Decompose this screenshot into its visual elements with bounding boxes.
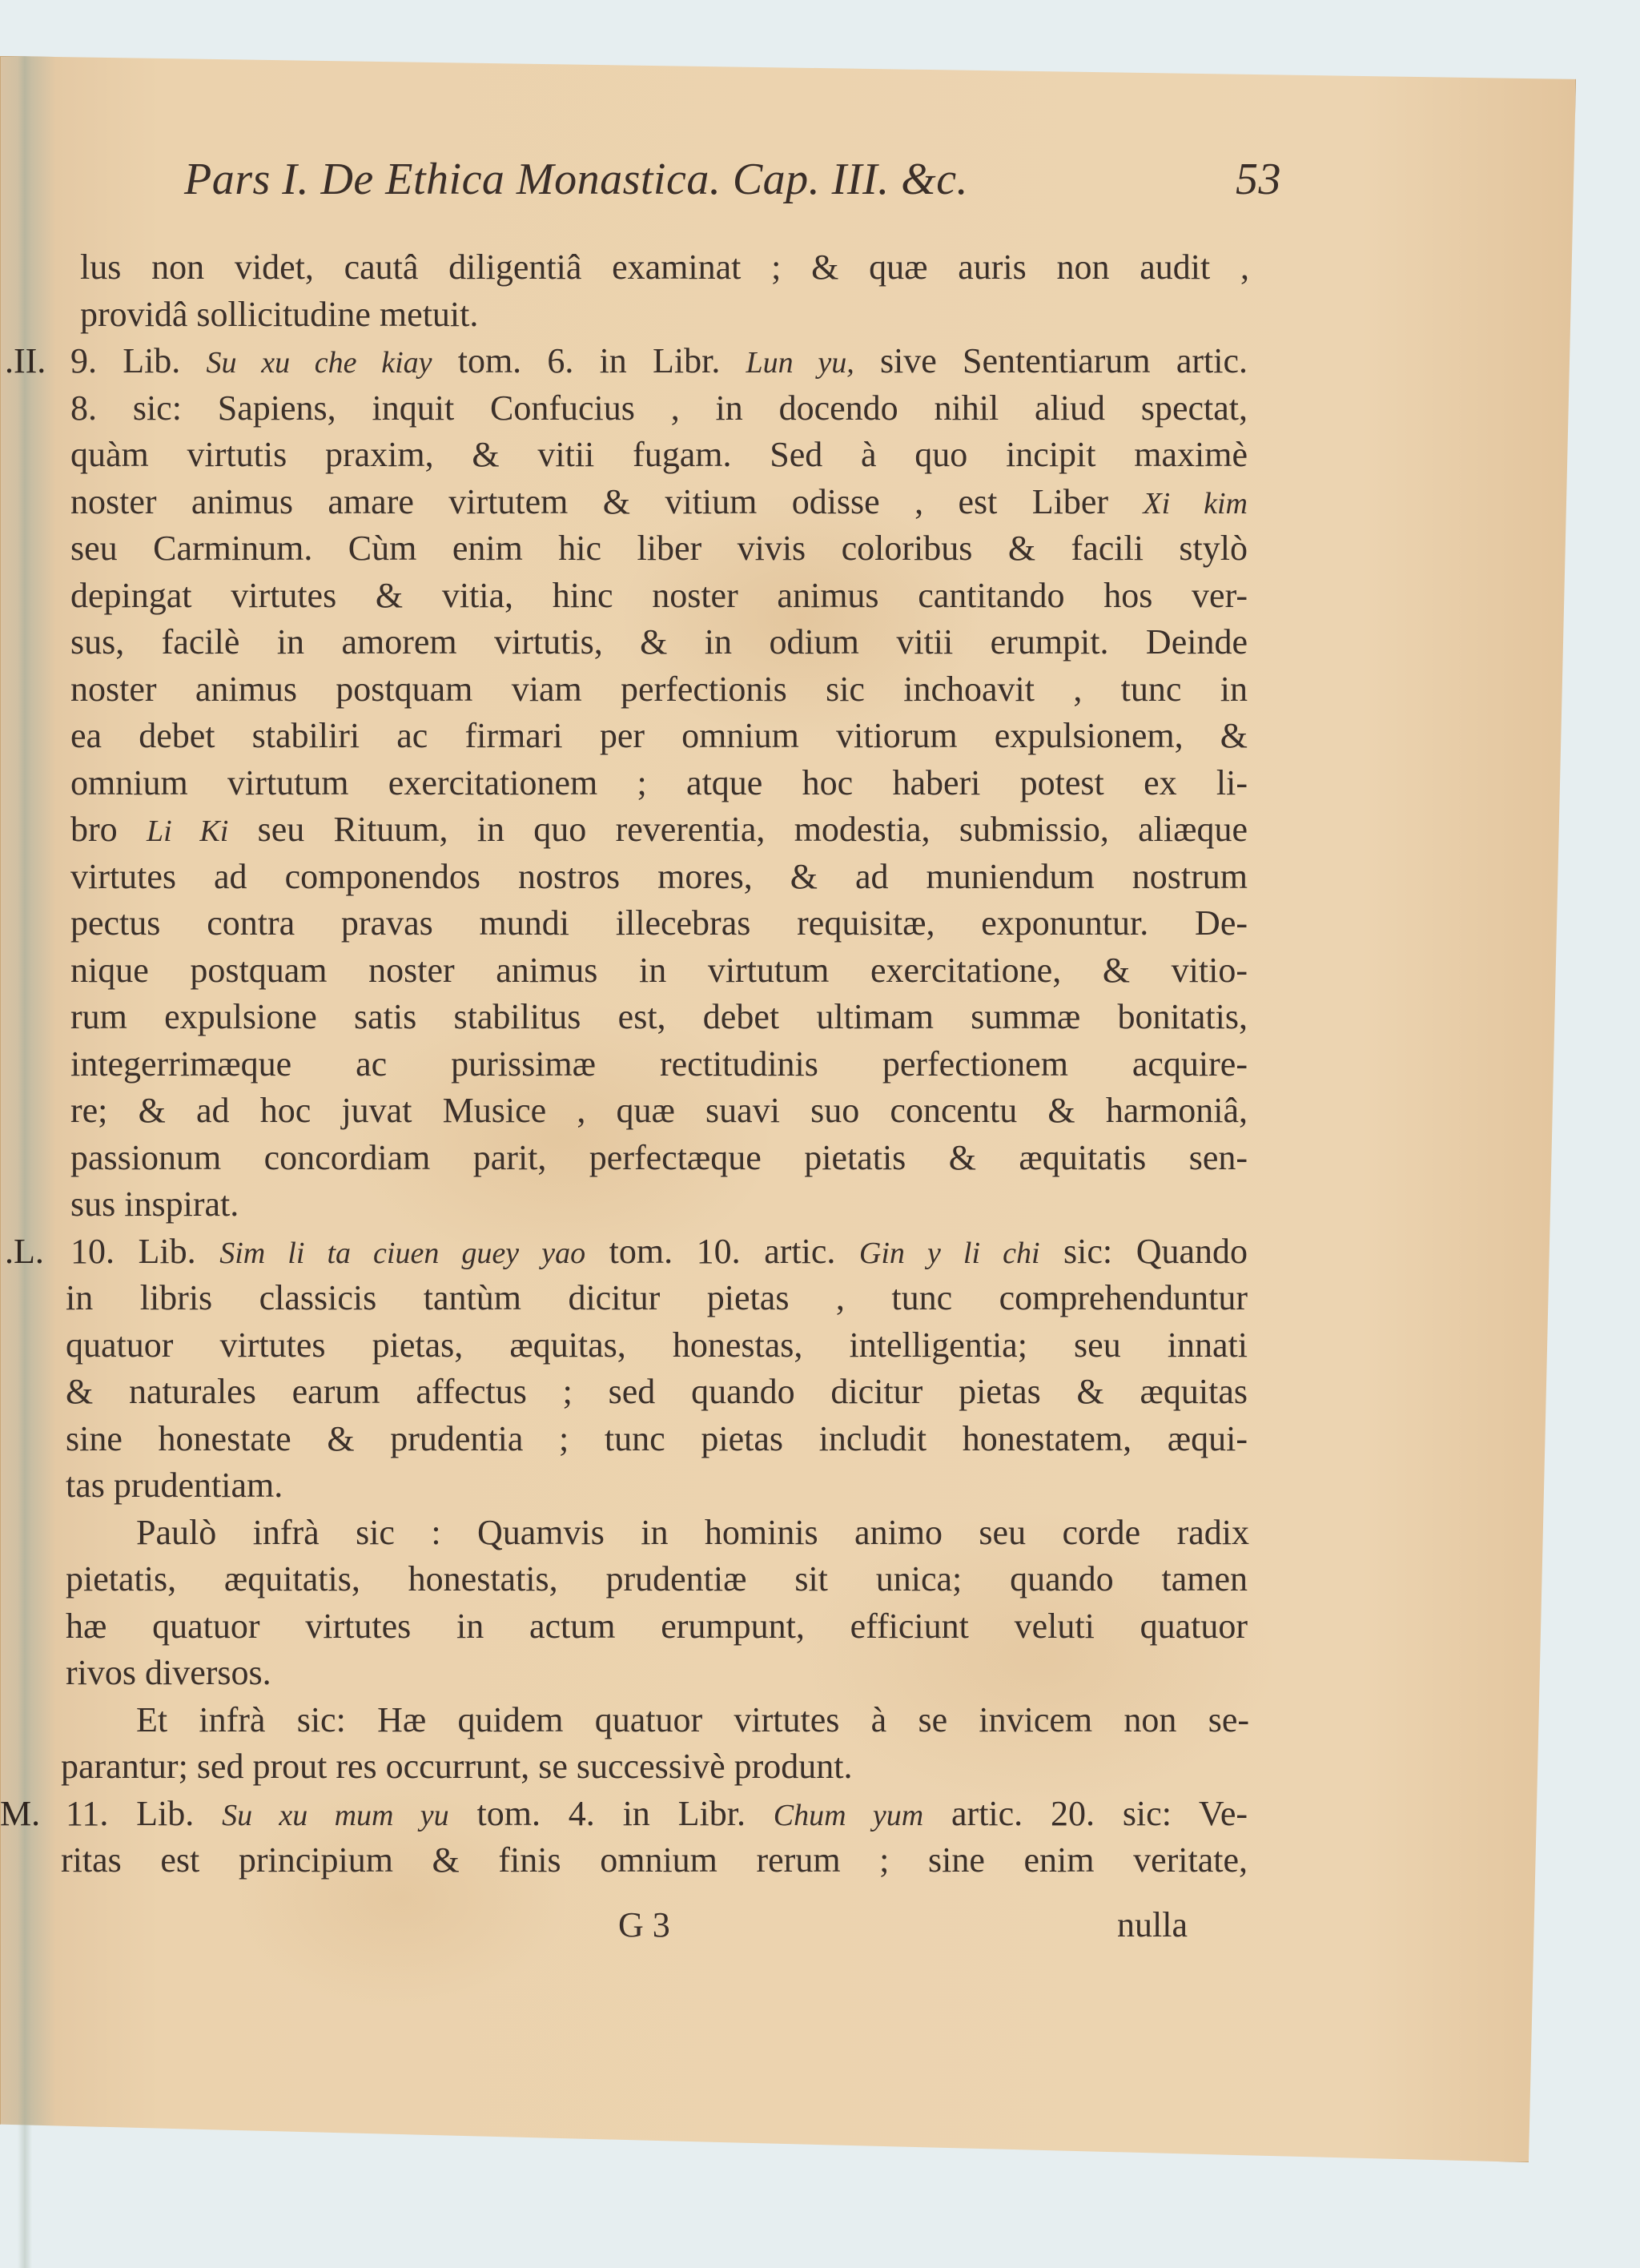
- text-line: noster animus postquam viam perfectionis…: [0, 666, 1281, 714]
- text-line: & naturales earum affectus ; sed quando …: [0, 1369, 1281, 1416]
- text-line: 8. sic: Sapiens, inquit Confucius , in d…: [0, 385, 1281, 432]
- text-line: hæ quatuor virtutes in actum erumpunt, e…: [0, 1603, 1281, 1651]
- text-line: virtutes ad componendos nostros mores, &…: [0, 854, 1281, 901]
- text-line: parantur; sed prout res occurrunt, se su…: [0, 1743, 1281, 1791]
- text-line: .II. 9. Lib. Su xu che kiay tom. 6. in L…: [0, 338, 1281, 385]
- text-line: omnium virtutum exercitationem ; atque h…: [0, 760, 1281, 807]
- text-line: integerrimæque ac purissimæ rectitudinis…: [0, 1041, 1281, 1088]
- text-line: nique postquam noster animus in virtutum…: [0, 947, 1281, 995]
- catchword: nulla: [1117, 1904, 1188, 1945]
- text-line: noster animus amare virtutem & vitium od…: [0, 479, 1281, 526]
- text-line: rum expulsione satis stabilitus est, deb…: [0, 994, 1281, 1041]
- text-line: providâ sollicitudine metuit.: [0, 292, 1281, 339]
- text-line: quàm virtutis praxim, & vitii fugam. Sed…: [0, 432, 1281, 479]
- margin-note: .II.: [5, 338, 46, 385]
- margin-note: M.: [0, 1791, 40, 1838]
- text-line: quatuor virtutes pietas, æquitas, honest…: [0, 1322, 1281, 1369]
- text-line: sus, facilè in amorem virtutis, & in odi…: [0, 619, 1281, 666]
- page-number: 53: [1236, 154, 1281, 205]
- text-line: depingat virtutes & vitia, hinc noster a…: [0, 573, 1281, 620]
- text-line: M. 11. Lib. Su xu mum yu tom. 4. in Libr…: [0, 1791, 1281, 1838]
- text-line: pectus contra pravas mundi illecebras re…: [0, 900, 1281, 947]
- text-line: bro Li Ki seu Rituum, in quo reverentia,…: [0, 806, 1281, 854]
- page-footer: G 3 nulla: [0, 1904, 1281, 1951]
- text-line: rivos diversos.: [0, 1650, 1281, 1697]
- text-line: lus non videt, cautâ diligentiâ examinat…: [0, 244, 1281, 292]
- text-line: .L. 10. Lib. Sim li ta ciuen guey yao to…: [0, 1228, 1281, 1276]
- text-line: passionum concordiam parit, perfectæque …: [0, 1135, 1281, 1182]
- text-line: in libris classicis tantùm dicitur pieta…: [0, 1275, 1281, 1322]
- text-line: pietatis, æquitatis, honestatis, prudent…: [0, 1556, 1281, 1603]
- text-line: re; & ad hoc juvat Musice , quæ suavi su…: [0, 1088, 1281, 1135]
- text-line: ritas est principium & finis omnium reru…: [0, 1837, 1281, 1884]
- text-line: ea debet stabiliri ac firmari per omnium…: [0, 713, 1281, 760]
- text-line: sus inspirat.: [0, 1181, 1281, 1228]
- text-line: Et infrà sic: Hæ quidem quatuor virtutes…: [0, 1697, 1281, 1744]
- text-line: tas prudentiam.: [0, 1462, 1281, 1510]
- text-line: seu Carminum. Cùm enim hic liber vivis c…: [0, 525, 1281, 573]
- text-line: sine honestate & prudentia ; tunc pietas…: [0, 1416, 1281, 1463]
- signature-mark: G 3: [618, 1904, 670, 1945]
- margin-note: .L.: [5, 1228, 44, 1276]
- text-line: Paulò infrà sic : Quamvis in hominis ani…: [0, 1510, 1281, 1557]
- body-text: lus non videt, cautâ diligentiâ examinat…: [0, 244, 1281, 1884]
- running-head-title: Pars I. De Ethica Monastica. Cap. III. &…: [184, 154, 968, 205]
